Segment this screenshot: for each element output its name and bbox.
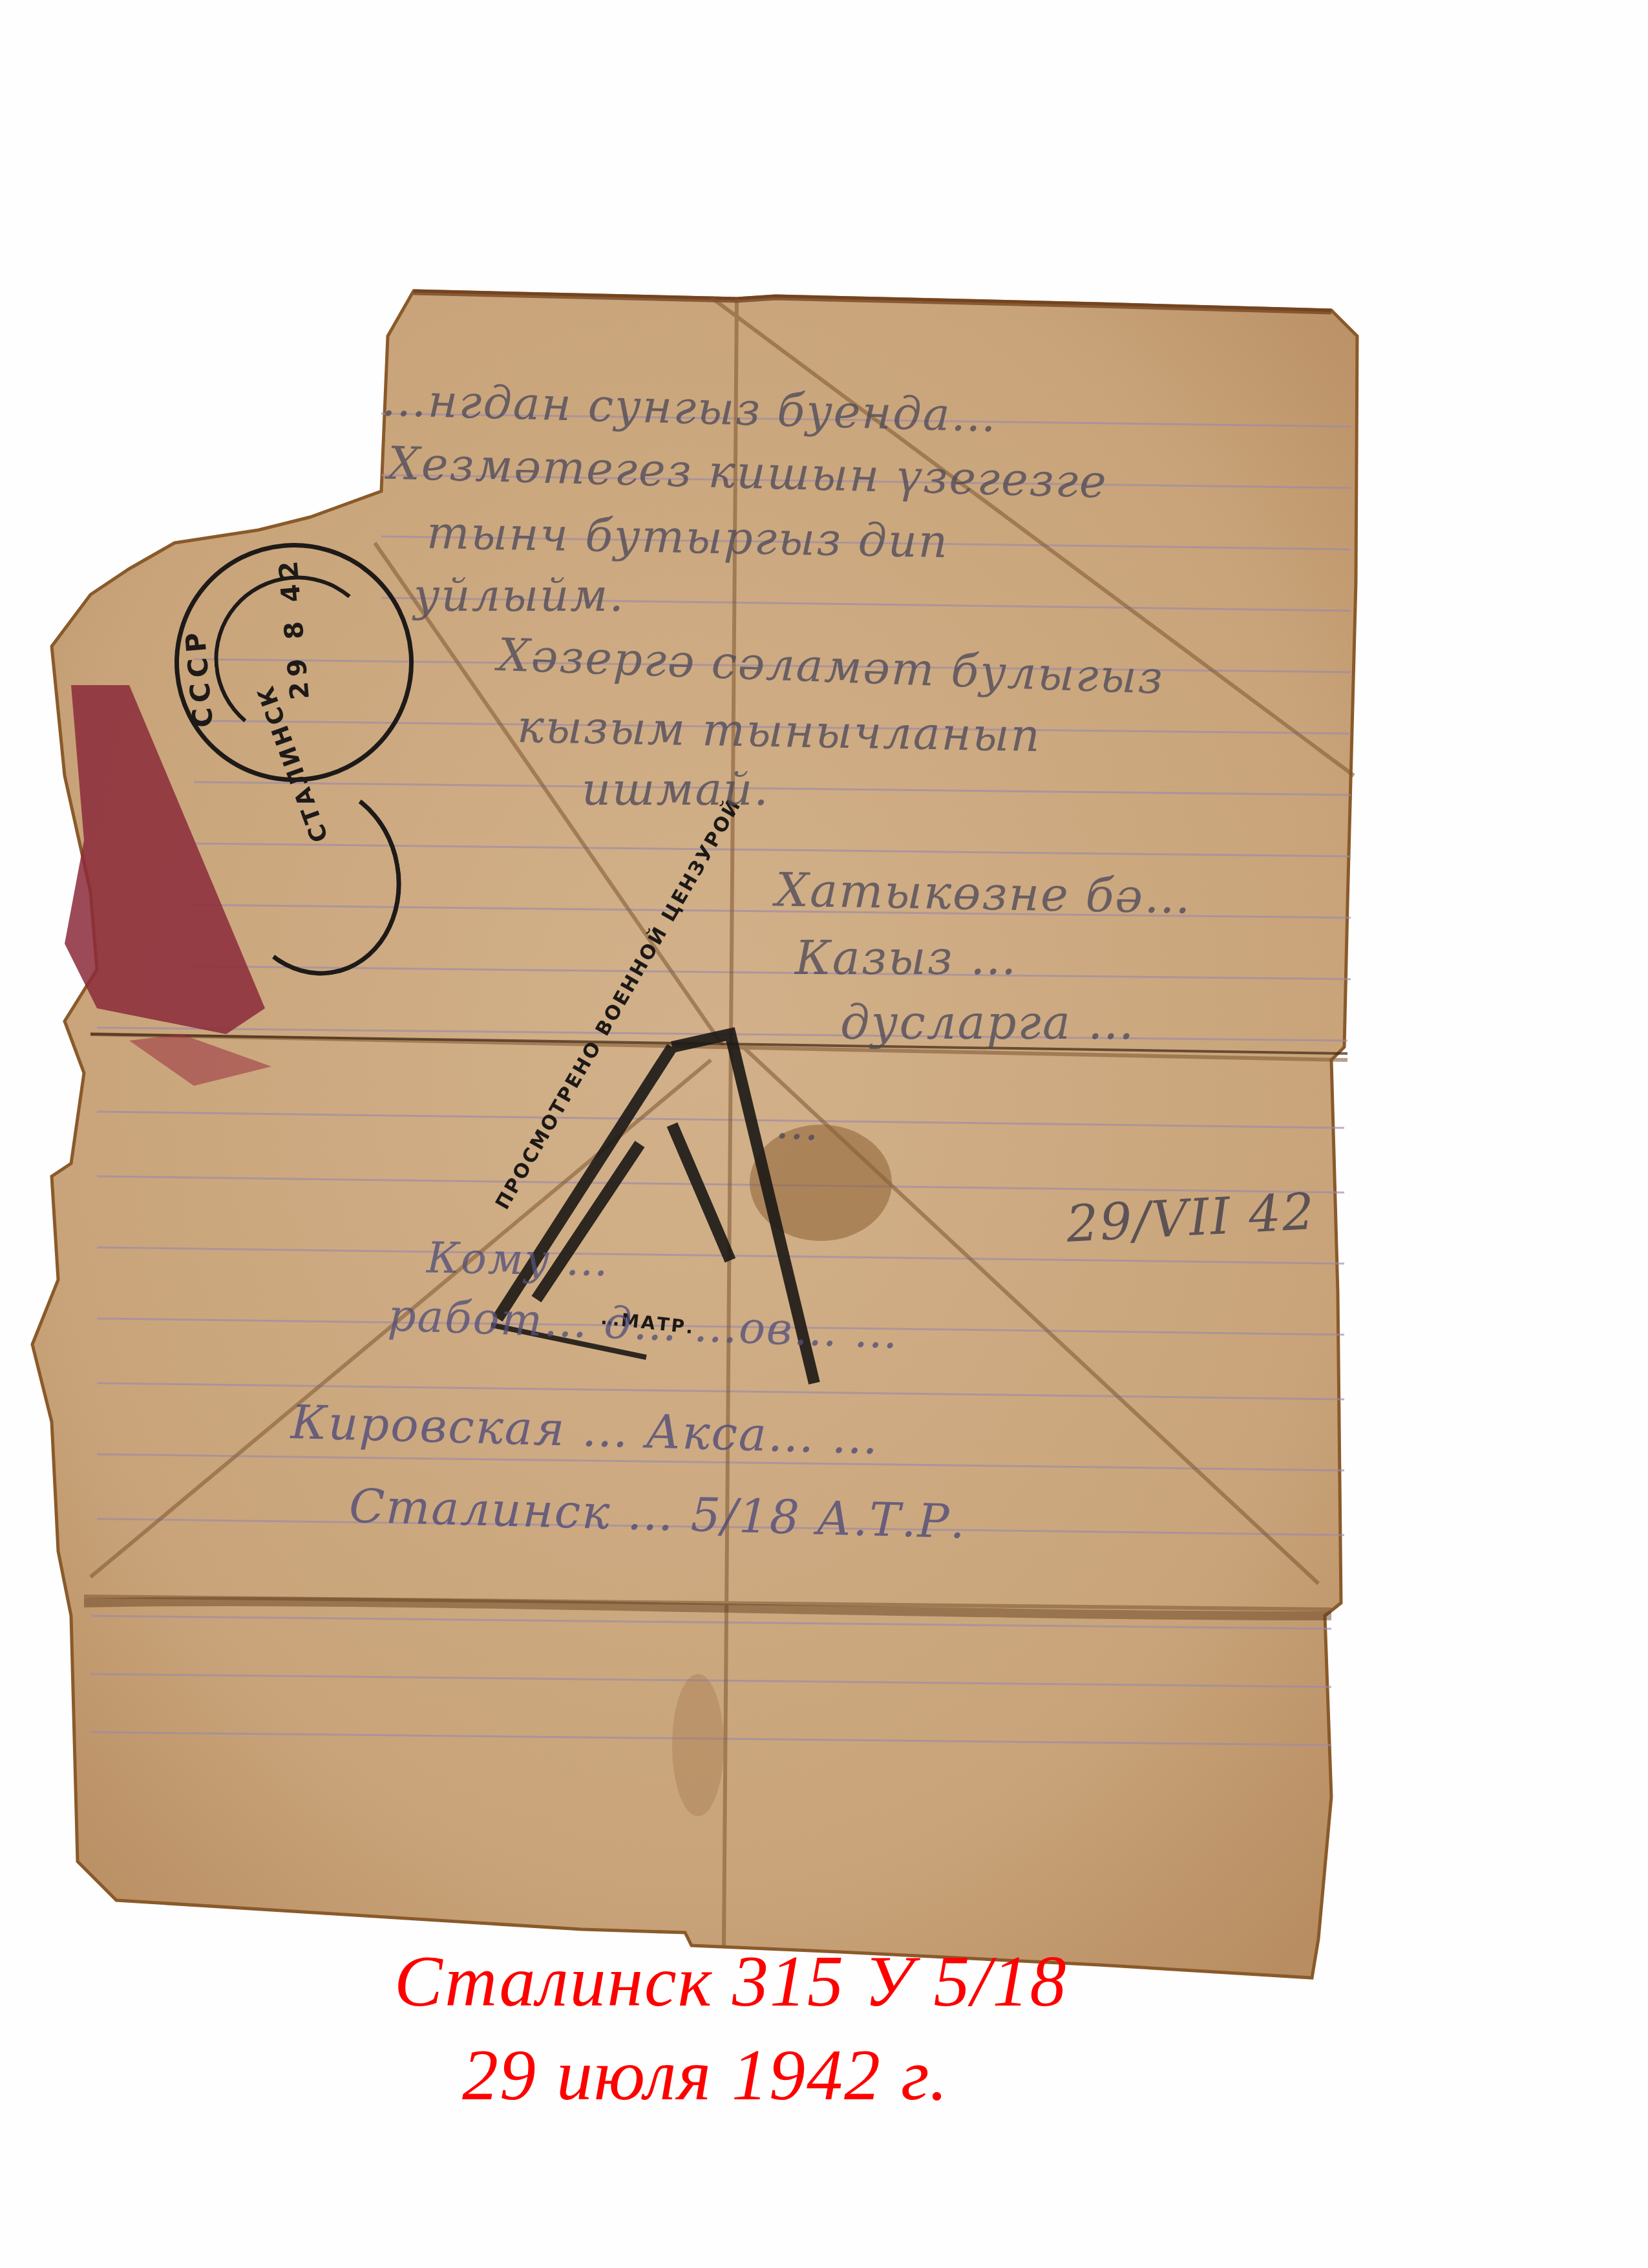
letter-line: тынч бутыргыз дип xyxy=(426,506,949,568)
caption-date: 29 июля 1942 г. xyxy=(462,2039,949,2112)
letter-line: дусларга … xyxy=(840,995,1136,1050)
stain xyxy=(672,1674,724,1816)
address-line: Кому … xyxy=(426,1233,609,1286)
letter-line: кызым тынычланып xyxy=(516,700,1041,762)
letter-line: … xyxy=(774,1097,822,1151)
letter-line: ишмай. xyxy=(582,763,770,816)
caption-place: Сталинск 315 У 5/18 xyxy=(394,1945,1068,2018)
letter-line: Казыз … xyxy=(795,931,1018,985)
letter-line: уйлыйм. xyxy=(414,569,625,622)
letter-line: Хатыкөзне бә… xyxy=(775,862,1192,924)
